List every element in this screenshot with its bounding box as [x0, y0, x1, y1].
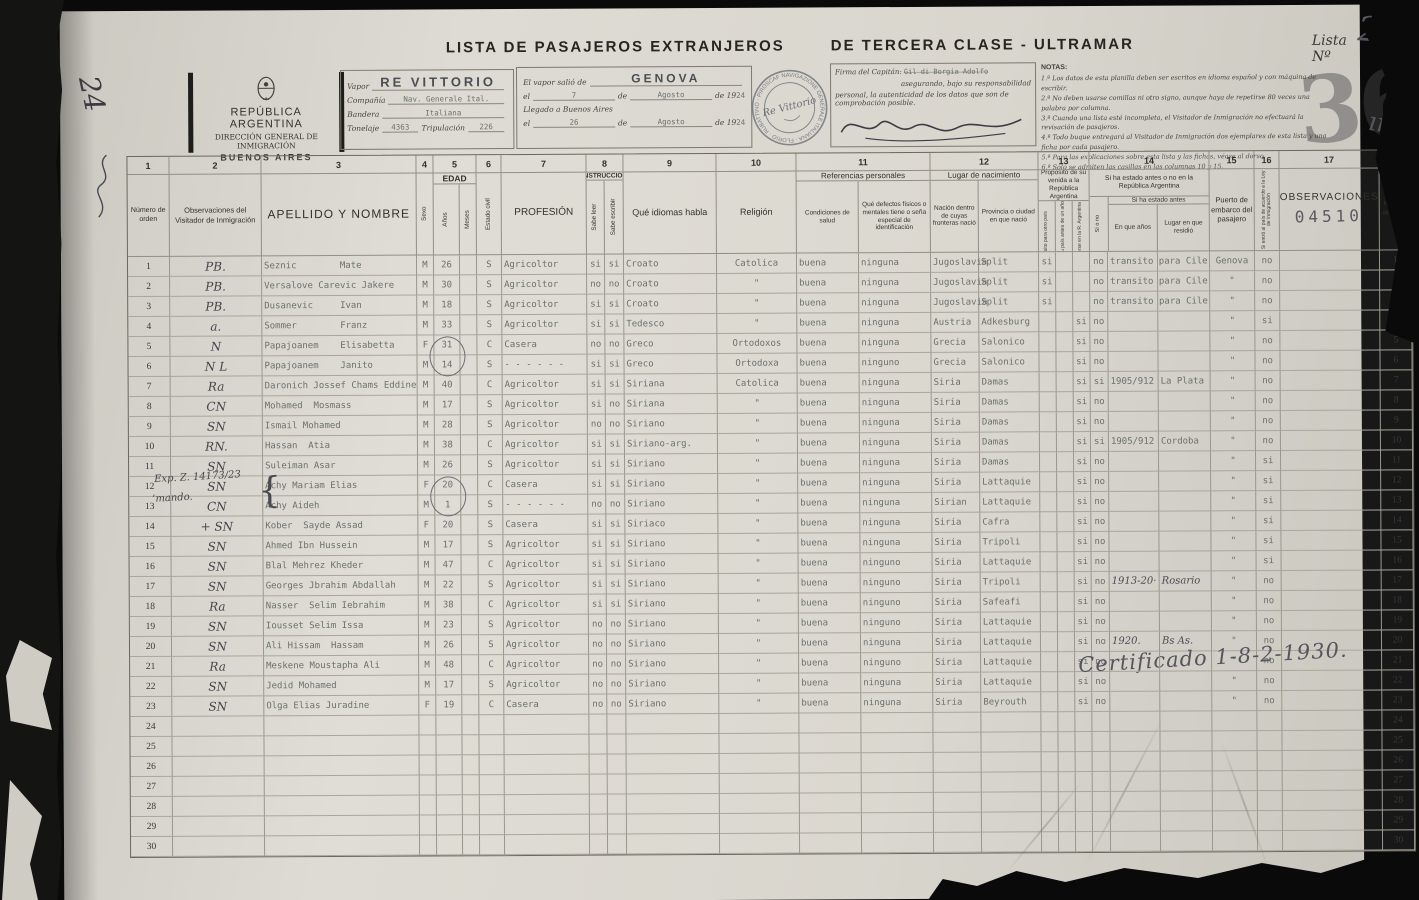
cell-adm-row-12: si	[1256, 471, 1281, 491]
cell-defects-row-8: ninguna	[860, 393, 932, 413]
cell-rel-row-20: "	[719, 634, 799, 654]
nota-3: 3.ª Cuando una lista esté incompleta, el…	[1041, 112, 1329, 133]
cell-write-row-28	[608, 794, 627, 814]
header-observaciones-visitador: Observaciones del Visitador de Inmigraci…	[170, 174, 262, 256]
cell-p2-row-19	[1058, 612, 1075, 632]
cell-rel-row-27	[720, 774, 800, 794]
cell-health-row-25	[799, 733, 861, 753]
header-nacion: Nación dentro de cuyas fronteras nació	[931, 181, 979, 252]
header-idiomas: Qué idiomas habla	[624, 172, 717, 254]
cell-nation-row-20: Siria	[933, 633, 981, 653]
cell-months-row-25	[462, 735, 479, 755]
cell-read-row-9: no	[588, 415, 606, 435]
cell-port-row-11: "	[1211, 451, 1256, 471]
cell-obs17-row-2	[1280, 270, 1380, 291]
cell-obs-row-3: PB.	[170, 296, 262, 316]
cell-health-row-23: buena	[799, 693, 861, 713]
cell-rel-row-5: Ortodoxos	[717, 334, 797, 354]
cell-n2-row-25: 25	[1382, 730, 1414, 750]
cell-p3-row-20: si	[1075, 632, 1092, 652]
cell-prov-row-26	[982, 752, 1042, 772]
cell-been-row-4: no	[1090, 312, 1108, 332]
cell-been-row-12: no	[1091, 472, 1109, 492]
col-number-11: 11	[796, 153, 930, 172]
cell-months-row-9	[461, 415, 478, 435]
passenger-table: 1 2 3 4 5 6 7 8 9 10 11 12 13 14 15 16 1…	[126, 149, 1416, 858]
cell-port-row-24	[1212, 711, 1257, 731]
cell-obs17-row-22	[1282, 670, 1382, 691]
cell-been-row-25	[1092, 732, 1110, 752]
cell-lang-row-9: Siriano	[625, 414, 718, 434]
cell-n-row-29: 29	[131, 817, 173, 837]
cell-port-row-7: "	[1211, 371, 1256, 391]
cell-name-row-13: Achy Aideh	[263, 496, 418, 517]
cell-name-row-23: Olga Elias Juradine	[264, 696, 419, 717]
cell-sex-row-14: F	[418, 515, 435, 535]
cell-n-row-27: 27	[131, 777, 173, 797]
issuer-box: REPÚBLICA ARGENTINA DIRECCIÓN GENERAL DE…	[188, 72, 344, 153]
cell-port-row-19: "	[1212, 611, 1257, 631]
cell-p1-row-17	[1041, 572, 1058, 592]
cell-n2-row-21: 21	[1382, 650, 1414, 670]
cell-name-row-6: Papajoanem Janito	[262, 356, 417, 377]
cell-sex-row-26	[420, 755, 437, 775]
cell-defects-row-22: ninguna	[861, 673, 933, 693]
pen-brace-rows12-13: {	[258, 470, 281, 511]
cell-obs17-row-26	[1283, 750, 1383, 771]
col-number-12: 12	[930, 152, 1038, 171]
cell-sex-row-10: M	[418, 435, 435, 455]
cell-years-row-23	[1110, 692, 1160, 712]
observaciones-number-stamp: 04510	[1295, 206, 1364, 228]
cell-sex-row-16: M	[419, 555, 436, 575]
cell-age-row-23: 19	[436, 695, 462, 715]
cell-months-row-19	[462, 615, 479, 635]
cell-age-row-9: 28	[435, 415, 461, 435]
cell-sex-row-3: M	[417, 295, 434, 315]
cell-p2-row-13	[1057, 492, 1074, 512]
cell-lang-row-5: Greco	[624, 334, 717, 354]
cell-age-row-27	[437, 775, 463, 795]
cell-civil-row-24	[479, 715, 504, 735]
cell-sex-row-22: M	[419, 675, 436, 695]
cell-place-row-25	[1160, 731, 1212, 751]
cell-p3-row-19: si	[1075, 612, 1092, 632]
cell-place-row-23	[1160, 691, 1212, 711]
cell-health-row-27	[800, 773, 862, 793]
cell-prov-row-14: Cafra	[980, 512, 1040, 532]
cell-adm-row-28	[1258, 791, 1283, 811]
cell-p2-row-9	[1057, 412, 1074, 432]
header-si-o-no: Sí o no	[1096, 215, 1102, 232]
cell-p2-row-21	[1058, 652, 1075, 672]
cell-defects-row-5: ninguna	[859, 333, 931, 353]
cell-p3-row-10: si	[1074, 432, 1091, 452]
cell-p2-row-17	[1058, 572, 1075, 592]
cell-adm-row-23: no	[1257, 691, 1282, 711]
cell-civil-row-15: S	[478, 535, 503, 555]
cell-defects-row-27	[862, 773, 934, 793]
cell-years-row-8	[1109, 392, 1159, 412]
cell-lang-row-6: Greco	[624, 354, 717, 374]
cell-prov-row-24	[981, 712, 1041, 732]
cell-place-row-27	[1161, 771, 1213, 791]
cell-write-row-12: si	[606, 474, 625, 494]
cell-prov-row-22: Lattaquie	[981, 672, 1041, 692]
cell-defects-row-2: ninguna	[859, 273, 931, 293]
cell-sex-row-30	[420, 835, 437, 855]
cell-write-row-22: no	[607, 674, 626, 694]
cell-years-row-3: transito para Cile	[1108, 292, 1158, 312]
header-transito: Si viene de tránsito para otro país	[1044, 211, 1050, 252]
cell-port-row-22: "	[1212, 671, 1257, 691]
cell-prof-row-14: Casera	[503, 515, 588, 535]
col-number-4: 4	[416, 155, 433, 173]
captain-signature	[835, 109, 1031, 144]
cell-obs-row-26	[173, 756, 265, 776]
cell-p3-row-2	[1073, 272, 1090, 292]
cell-read-row-23: no	[589, 695, 607, 715]
header-observaciones: OBSERVACIONES 04510	[1280, 169, 1380, 252]
de19-label-1: de 19	[715, 91, 736, 100]
cell-months-row-27	[463, 775, 480, 795]
cell-name-row-30	[265, 836, 420, 857]
header-sabe-leer: Sabe leer	[592, 204, 599, 231]
cell-lang-row-7: Siriana	[625, 374, 718, 394]
cell-write-row-1: si	[605, 254, 624, 274]
cell-p1-row-21	[1041, 652, 1058, 672]
cell-p1-row-13	[1040, 492, 1057, 512]
cell-place-row-13	[1159, 491, 1211, 511]
cell-prof-row-24	[504, 715, 589, 735]
cell-port-row-5: "	[1210, 331, 1255, 351]
cell-write-row-10: si	[606, 434, 625, 454]
cell-months-row-24	[462, 715, 479, 735]
cell-health-row-30	[800, 833, 862, 853]
cell-name-row-14: Kober Sayde Assad	[263, 516, 418, 537]
cell-months-row-2	[460, 275, 477, 295]
cell-write-row-7: si	[606, 374, 625, 394]
cell-age-row-21: 48	[436, 655, 462, 675]
cell-p3-row-3	[1073, 292, 1090, 312]
cell-been-row-13: no	[1091, 492, 1109, 512]
cell-p3-row-6: si	[1073, 352, 1090, 372]
cell-p3-row-13: si	[1074, 492, 1091, 512]
cell-n-row-15: 15	[129, 537, 171, 557]
cell-nation-row-9: Siria	[932, 413, 980, 433]
cell-years-row-7: 1905/912	[1109, 372, 1159, 392]
header-edad: EDAD	[434, 173, 476, 184]
cell-months-row-28	[463, 795, 480, 815]
cell-p1-row-2: si	[1039, 272, 1056, 292]
cell-health-row-14: buena	[798, 513, 860, 533]
cell-n-row-24: 24	[130, 717, 172, 737]
cell-read-row-12: si	[588, 475, 606, 495]
cell-lang-row-26	[627, 754, 720, 774]
cell-place-row-29	[1161, 811, 1213, 831]
cell-n-row-5: 5	[128, 337, 170, 357]
cell-name-row-2: Versalove Carevic Jakere	[262, 276, 417, 297]
cell-p2-row-15	[1057, 532, 1074, 552]
cell-prov-row-28	[982, 792, 1042, 812]
cell-defects-row-14: ninguna	[860, 513, 932, 533]
cell-lang-row-17: Siriano	[626, 574, 719, 594]
cell-months-row-11	[461, 455, 478, 475]
cell-prof-row-19: Agricoltor	[504, 615, 589, 635]
cell-write-row-23: no	[607, 694, 626, 714]
margin-handwritten-number: 24	[72, 73, 112, 115]
cell-adm-row-27	[1258, 771, 1283, 791]
cell-sex-row-29	[420, 815, 437, 835]
cell-place-row-17: Rosario	[1160, 571, 1212, 591]
cell-prof-row-22: Agricoltor	[504, 675, 589, 695]
cell-read-row-10: si	[588, 435, 606, 455]
cell-p3-row-11: si	[1074, 452, 1091, 472]
cell-place-row-22	[1160, 671, 1212, 691]
cell-been-row-24	[1092, 712, 1110, 732]
cell-n2-row-26: 26	[1383, 750, 1415, 770]
cell-sex-row-19: M	[419, 615, 436, 635]
cell-prov-row-6: Salonico	[979, 352, 1039, 372]
cell-been-row-6: no	[1090, 352, 1108, 372]
header-volver: Si piensa volver a su país antes de un a…	[1061, 201, 1067, 252]
cell-n-row-3: 3	[128, 297, 170, 317]
cell-name-row-12: Achy Mariam Elias	[263, 476, 418, 497]
cell-write-row-14: si	[606, 514, 625, 534]
cell-p1-row-4	[1039, 312, 1056, 332]
cell-rel-row-23: "	[719, 694, 799, 714]
cell-health-row-18: buena	[799, 593, 861, 613]
title-left: LISTA DE PASAJEROS EXTRANJEROS	[446, 38, 785, 57]
cell-lang-row-30	[627, 834, 720, 854]
cell-write-row-17: si	[607, 574, 626, 594]
cell-prof-row-25	[504, 735, 589, 755]
header-estado-civil: Estado civil	[485, 198, 492, 230]
cell-read-row-25	[589, 735, 607, 755]
cell-months-row-22	[462, 675, 479, 695]
compania-value: Nav. Generale Ital.	[388, 94, 504, 105]
ship-box: Vapor RE VITTORIO Compañía Nav. Generale…	[340, 69, 514, 150]
cell-obs-row-10: RN.	[171, 436, 263, 456]
cell-defects-row-28	[862, 793, 934, 813]
cell-read-row-19: no	[589, 615, 607, 635]
cell-civil-row-28	[480, 795, 505, 815]
cell-prov-row-13: Lattaquie	[980, 492, 1040, 512]
cell-write-row-5: no	[605, 334, 624, 354]
cell-nation-row-5: Grecia	[931, 333, 979, 353]
cell-obs17-row-24	[1282, 710, 1382, 731]
tonelaje-label: Tonelaje	[347, 124, 379, 133]
cell-n-row-2: 2	[128, 277, 170, 297]
header-puerto-embarco: Puerto de embarco del pasajero	[1210, 169, 1255, 251]
cell-nation-row-10: Siria	[932, 433, 980, 453]
nota-1: 1.ª Los datos de esta planilla deben ser…	[1041, 73, 1329, 94]
cell-p1-row-19	[1041, 612, 1058, 632]
cell-nation-row-26	[934, 753, 982, 773]
cell-been-row-20: no	[1092, 632, 1110, 652]
cell-n2-row-19: 19	[1382, 610, 1414, 630]
cell-name-row-15: Ahmed Ibn Hussein	[263, 536, 418, 557]
cell-defects-row-11: ninguna	[860, 453, 932, 473]
cell-adm-row-14: si	[1256, 511, 1281, 531]
col-number-17: 17	[1279, 151, 1379, 170]
arrival-day: 26	[533, 118, 615, 128]
cell-adm-row-26	[1258, 751, 1283, 771]
cell-prof-row-28	[505, 795, 590, 815]
cell-p3-row-4: si	[1073, 312, 1090, 332]
cell-port-row-16: "	[1212, 551, 1257, 571]
cell-port-row-9: "	[1211, 411, 1256, 431]
cell-prof-row-23: Casera	[504, 695, 589, 715]
cell-sex-row-23: F	[419, 695, 436, 715]
cell-obs-row-25	[172, 736, 264, 756]
arrival-year: 24	[736, 118, 745, 127]
cell-prof-row-21: Agricoltor	[504, 655, 589, 675]
cell-age-row-20: 26	[436, 635, 462, 655]
cell-obs17-row-27	[1283, 770, 1383, 791]
cell-age-row-26	[437, 755, 463, 775]
cell-age-row-25	[436, 735, 462, 755]
cell-nation-row-24	[933, 713, 981, 733]
cell-place-row-11	[1159, 451, 1211, 471]
cell-prov-row-1: Split	[979, 252, 1039, 272]
cell-obs17-row-14	[1281, 510, 1381, 531]
cell-prof-row-17: Agricoltor	[504, 575, 589, 595]
cell-p3-row-16: si	[1075, 552, 1092, 572]
cell-defects-row-7: ninguna	[860, 373, 932, 393]
cell-years-row-24	[1110, 712, 1160, 732]
cell-n2-row-9: 9	[1381, 410, 1413, 430]
cell-health-row-28	[800, 793, 862, 813]
cell-rel-row-17: "	[719, 574, 799, 594]
cell-months-row-10	[461, 435, 478, 455]
cell-n-row-8: 8	[129, 397, 171, 417]
de-label-2: de	[618, 118, 627, 127]
cell-p1-row-12	[1040, 472, 1057, 492]
cell-p2-row-18	[1058, 592, 1075, 612]
cell-civil-row-2: S	[477, 275, 502, 295]
cell-p3-row-26	[1076, 752, 1093, 772]
de19-label-2: de 19	[715, 118, 736, 127]
header-meses: Meses	[464, 210, 471, 229]
cell-adm-row-24	[1257, 711, 1282, 731]
cell-been-row-8: no	[1091, 392, 1109, 412]
cell-obs17-row-25	[1282, 730, 1382, 751]
header-condiciones-salud: Condiciones de salud	[797, 181, 859, 252]
cell-p2-row-7	[1057, 372, 1074, 392]
cell-p2-row-14	[1057, 512, 1074, 532]
cell-adm-row-1: no	[1255, 251, 1280, 271]
cell-sex-row-15: M	[418, 535, 435, 555]
header-proposito: Propósito de su venida a la República Ar…	[1039, 170, 1089, 201]
cell-prov-row-29	[982, 812, 1042, 832]
cell-lang-row-25	[626, 734, 719, 754]
cell-defects-row-25	[861, 733, 933, 753]
cell-lang-row-28	[627, 794, 720, 814]
cell-place-row-28	[1161, 791, 1213, 811]
cell-name-row-9: Ismail Mohamed	[263, 416, 418, 437]
cell-place-row-18	[1160, 591, 1212, 611]
cell-civil-row-29	[480, 815, 505, 835]
cell-port-row-30	[1213, 831, 1258, 851]
cell-defects-row-19: ninguno	[861, 613, 933, 633]
cell-adm-row-3: no	[1255, 291, 1280, 311]
cell-prov-row-15: Tripoli	[980, 532, 1040, 552]
cell-n-row-1: 1	[128, 257, 170, 277]
cell-civil-row-27	[480, 775, 505, 795]
cell-port-row-13: "	[1211, 491, 1256, 511]
el-label-1: el	[523, 92, 530, 101]
cell-civil-row-30	[480, 835, 505, 855]
cell-name-row-10: Hassan Atia	[263, 436, 418, 457]
cell-p3-row-8: si	[1074, 392, 1091, 412]
cell-prof-row-16: Agricoltor	[504, 555, 589, 575]
cell-prov-row-21: Lattaquie	[981, 652, 1041, 672]
cell-prov-row-12: Lattaquie	[980, 472, 1040, 492]
cell-sex-row-25	[419, 735, 436, 755]
cell-rel-row-7: Catolica	[718, 374, 798, 394]
cell-prov-row-10: Damas	[980, 432, 1040, 452]
cell-place-row-26	[1161, 751, 1213, 771]
cell-years-row-2: transito para Cile	[1108, 272, 1158, 292]
cell-p3-row-27	[1076, 772, 1093, 792]
cell-years-row-14	[1109, 512, 1159, 532]
cell-adm-row-11: si	[1256, 451, 1281, 471]
cell-years-row-18	[1110, 592, 1160, 612]
cell-p2-row-5	[1056, 332, 1073, 352]
cell-write-row-27	[608, 774, 627, 794]
cell-nation-row-15: Siria	[932, 533, 980, 553]
bandera-value: Italiana	[382, 108, 504, 119]
cell-obs-row-17: SN	[172, 576, 264, 596]
cell-adm-row-22: no	[1257, 671, 1282, 691]
cell-adm-row-5: no	[1255, 331, 1280, 351]
cell-been-row-10: si	[1091, 432, 1109, 452]
cell-lang-row-1: Croato	[624, 254, 717, 274]
cell-age-row-14: 20	[435, 515, 461, 535]
cell-p3-row-7: si	[1074, 372, 1091, 392]
cell-civil-row-11: S	[478, 455, 503, 475]
cell-n2-row-6: 6	[1380, 350, 1412, 370]
cell-prov-row-4: Adkesburg	[979, 312, 1039, 332]
cell-civil-row-7: C	[478, 375, 503, 395]
cell-civil-row-1: S	[477, 255, 502, 275]
cell-obs-row-19: SN	[172, 616, 264, 636]
col-number-1: 1	[127, 157, 169, 175]
cell-name-row-1: Seznic Mate	[262, 256, 417, 277]
cell-health-row-3: buena	[797, 293, 859, 313]
cell-defects-row-1: ninguna	[859, 253, 931, 273]
cell-port-row-3: "	[1210, 291, 1255, 311]
cell-nation-row-27	[934, 773, 982, 793]
cell-nation-row-14: Siria	[932, 513, 980, 533]
cell-lang-row-12: Siriano	[625, 474, 718, 494]
cell-place-row-14	[1159, 511, 1211, 531]
cell-read-row-16: si	[589, 555, 607, 575]
cell-obs-row-7: Ra	[171, 376, 263, 396]
cell-place-row-7: La Plata	[1159, 371, 1211, 391]
cell-nation-row-3: Jugoslavia	[931, 293, 979, 313]
cell-sex-row-1: M	[417, 255, 434, 275]
cell-rel-row-9: "	[718, 414, 798, 434]
cell-nation-row-1: Jugoslavia	[931, 253, 979, 273]
cell-prof-row-10: Agricoltor	[503, 435, 588, 455]
header-instruccion-group: INSTRUCCIÓN Sabe leerSabe escribir	[587, 172, 623, 253]
header-apellido-nombre: APELLIDO Y NOMBRE	[262, 174, 417, 257]
cell-nation-row-23: Siria	[933, 693, 981, 713]
cell-write-row-16: si	[607, 554, 626, 574]
cell-place-row-30	[1161, 831, 1213, 851]
